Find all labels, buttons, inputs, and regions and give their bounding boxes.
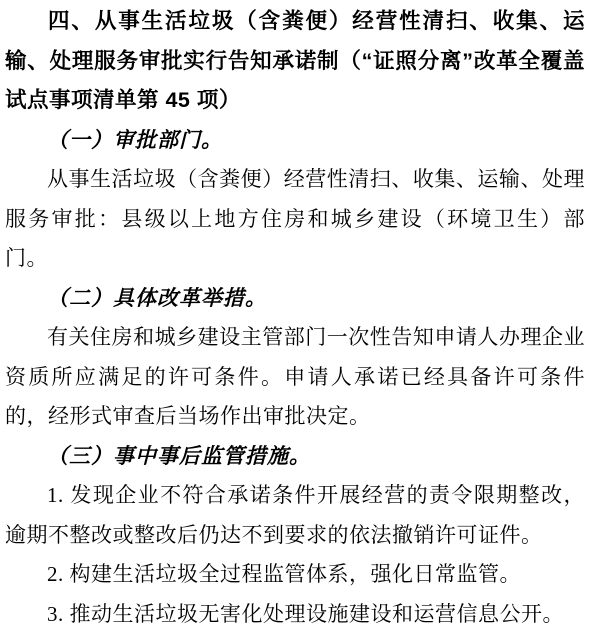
section-title-approval-department: （一）审批部门。 (5, 121, 585, 161)
document-heading: 四、从事生活垃圾（含粪便）经营性清扫、收集、运输、处理服务审批实行告知承诺制（“… (5, 2, 585, 121)
section-reform-measures: （二）具体改革举措。 有关住房和城乡建设主管部门一次性告知申请人办理企业资质所应… (5, 279, 585, 437)
paragraph-supervision-item-1: 1. 发现企业不符合承诺条件开展经营的责令限期整改，逾期不整改或整改后仍达不到要… (5, 476, 585, 555)
paragraph-reform-measures: 有关住房和城乡建设主管部门一次性告知申请人办理企业资质所应满足的许可条件。申请人… (5, 318, 585, 437)
section-title-reform-measures: （二）具体改革举措。 (5, 279, 585, 319)
section-title-supervision-measures: （三）事中事后监管措施。 (5, 437, 585, 477)
paragraph-approval-department: 从事生活垃圾（含粪便）经营性清扫、收集、运输、处理服务审批：县级以上地方住房和城… (5, 160, 585, 279)
paragraph-supervision-item-3: 3. 推动生活垃圾无害化处理设施建设和运营信息公开。 (5, 595, 585, 635)
paragraph-supervision-item-2: 2. 构建生活垃圾全过程监管体系，强化日常监管。 (5, 555, 585, 595)
document-page: 四、从事生活垃圾（含粪便）经营性清扫、收集、运输、处理服务审批实行告知承诺制（“… (0, 0, 591, 638)
section-supervision-measures: （三）事中事后监管措施。 1. 发现企业不符合承诺条件开展经营的责令限期整改，逾… (5, 437, 585, 635)
section-approval-department: （一）审批部门。 从事生活垃圾（含粪便）经营性清扫、收集、运输、处理服务审批：县… (5, 121, 585, 279)
